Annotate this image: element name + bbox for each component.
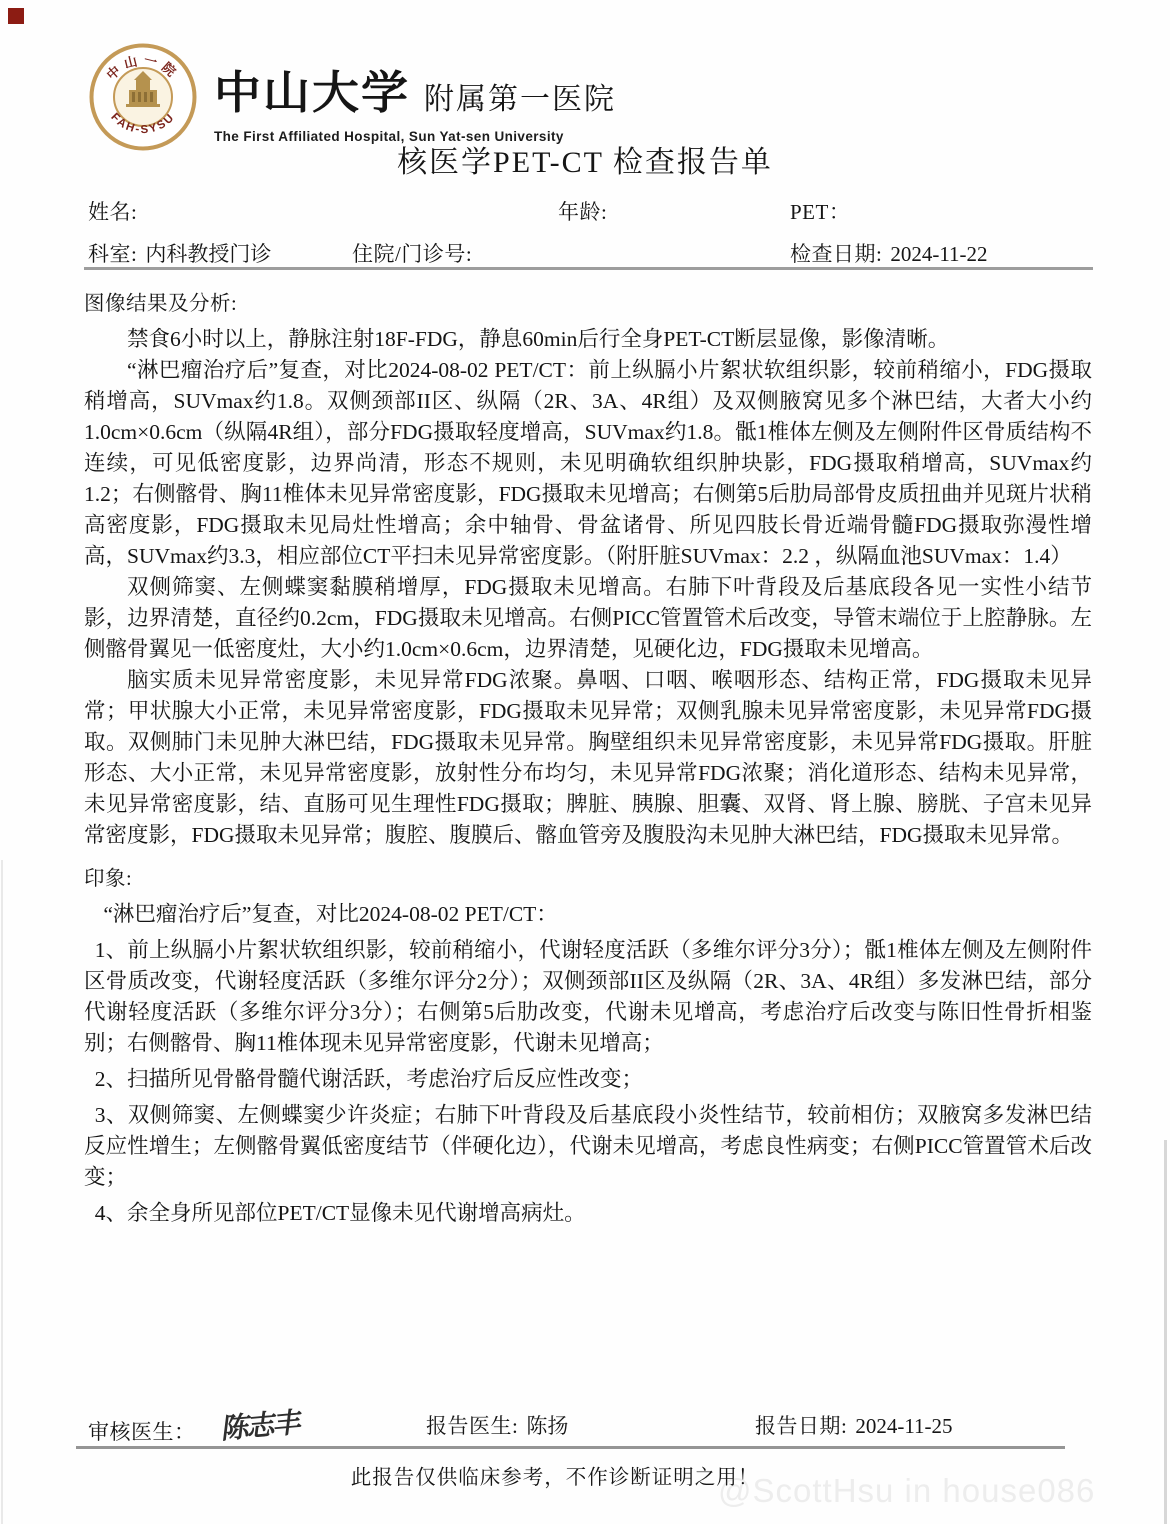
field-visit-number: 住院/门诊号: xyxy=(352,238,480,268)
field-patient-name: 姓名: xyxy=(88,196,145,226)
impression-item-1: 1、前上纵膈小片絮状软组织影，较前稍缩小，代谢轻度活跃（多维尔评分3分）；骶1椎… xyxy=(84,935,1092,1059)
impression-header: “淋巴瘤治疗后”复查，对比2024-08-02 PET/CT： xyxy=(84,899,1092,930)
report-date-value: 2024-11-25 xyxy=(855,1414,952,1438)
hospital-brand: 中山大学 附属第一医院 The First Affiliated Hospita… xyxy=(214,42,616,144)
field-reporter: 报告医生:陈扬 xyxy=(426,1410,568,1440)
hospital-seal-icon: 中山一院 FAH-SYSU xyxy=(88,42,198,152)
reviewer-label: 审核医生： xyxy=(88,1420,196,1444)
analysis-section-label: 图像结果及分析: xyxy=(84,286,1092,316)
field-exam-date: 检查日期:2024-11-22 xyxy=(790,238,988,268)
field-reviewer: 审核医生：陈志丰 xyxy=(88,1408,300,1448)
report-date-label: 报告日期: xyxy=(755,1414,847,1438)
visit-number-label: 住院/门诊号: xyxy=(352,242,472,266)
pet-number-label: PET： xyxy=(790,200,850,224)
department-value: 内科教授门诊 xyxy=(145,242,271,266)
field-department: 科室:内科教授门诊 xyxy=(88,238,271,268)
patient-name-label: 姓名: xyxy=(88,200,137,224)
analysis-paragraph-4: 脑实质未见异常密度影，未见异常FDG浓聚。鼻咽、口咽、喉咽形态、结构正常，FDG… xyxy=(84,665,1092,851)
reviewer-signature: 陈志丰 xyxy=(220,1400,303,1447)
report-footer: 审核医生：陈志丰 报告医生:陈扬 报告日期:2024-11-25 xyxy=(88,1408,1095,1448)
analysis-paragraph-3: 双侧筛窦、左侧蝶窦黏膜稍增厚，FDG摄取未见增高。右肺下叶背段及后基底段各见一实… xyxy=(84,572,1092,665)
analysis-section: 图像结果及分析: 禁食6小时以上，静脉注射18F-FDG，静息60min后行全身… xyxy=(84,286,1092,851)
field-pet-number: PET： xyxy=(790,196,858,226)
analysis-paragraph-2: “淋巴瘤治疗后”复查，对比2024-08-02 PET/CT：前上纵膈小片絮状软… xyxy=(84,355,1092,572)
report-page: 中山一院 FAH-SYSU 中山大学 附属第一医院 The First Affi… xyxy=(0,0,1170,1524)
exam-date-value: 2024-11-22 xyxy=(890,242,987,266)
reporter-value: 陈扬 xyxy=(526,1414,568,1438)
impression-section: 印象: “淋巴瘤治疗后”复查，对比2024-08-02 PET/CT： 1、前上… xyxy=(84,861,1092,1229)
hospital-name: 附属第一医院 xyxy=(424,74,616,118)
impression-item-3: 3、双侧筛窦、左侧蝶窦少许炎症；右肺下叶背段及后基底段小炎性结节，较前相仿；双腋… xyxy=(84,1100,1092,1193)
divider-bottom xyxy=(76,1446,1065,1449)
scan-edge-right xyxy=(1164,1140,1167,1524)
watermark-text: @ScottHsu in house086 xyxy=(718,1472,1095,1510)
scan-edge-left xyxy=(1,860,3,1524)
analysis-paragraph-1: 禁食6小时以上，静脉注射18F-FDG，静息60min后行全身PET-CT断层显… xyxy=(84,324,1092,355)
hospital-header: 中山一院 FAH-SYSU 中山大学 附属第一医院 The First Affi… xyxy=(88,42,616,152)
field-patient-age: 年龄: xyxy=(558,196,615,226)
reporter-label: 报告医生: xyxy=(426,1414,518,1438)
divider-top xyxy=(84,267,1093,270)
department-label: 科室: xyxy=(88,242,137,266)
impression-item-2: 2、扫描所见骨骼骨髓代谢活跃，考虑治疗后反应性改变； xyxy=(84,1064,1092,1095)
field-report-date: 报告日期:2024-11-25 xyxy=(755,1410,953,1440)
impression-item-4: 4、余全身所见部位PET/CT显像未见代谢增高病灶。 xyxy=(84,1198,1092,1229)
exam-date-label: 检查日期: xyxy=(790,242,882,266)
patient-age-label: 年龄: xyxy=(558,200,607,224)
impression-section-label: 印象: xyxy=(84,861,1092,891)
university-name: 中山大学 xyxy=(214,57,410,121)
report-body: 图像结果及分析: 禁食6小时以上，静脉注射18F-FDG，静息60min后行全身… xyxy=(84,286,1092,1229)
scan-corner-mark xyxy=(8,8,24,24)
report-title: 核医学PET-CT 检查报告单 xyxy=(0,137,1170,181)
patient-info: 姓名: 年龄: PET： 科室:内科教授门诊 住院/门诊号: 检查日期:2024… xyxy=(88,196,1095,262)
